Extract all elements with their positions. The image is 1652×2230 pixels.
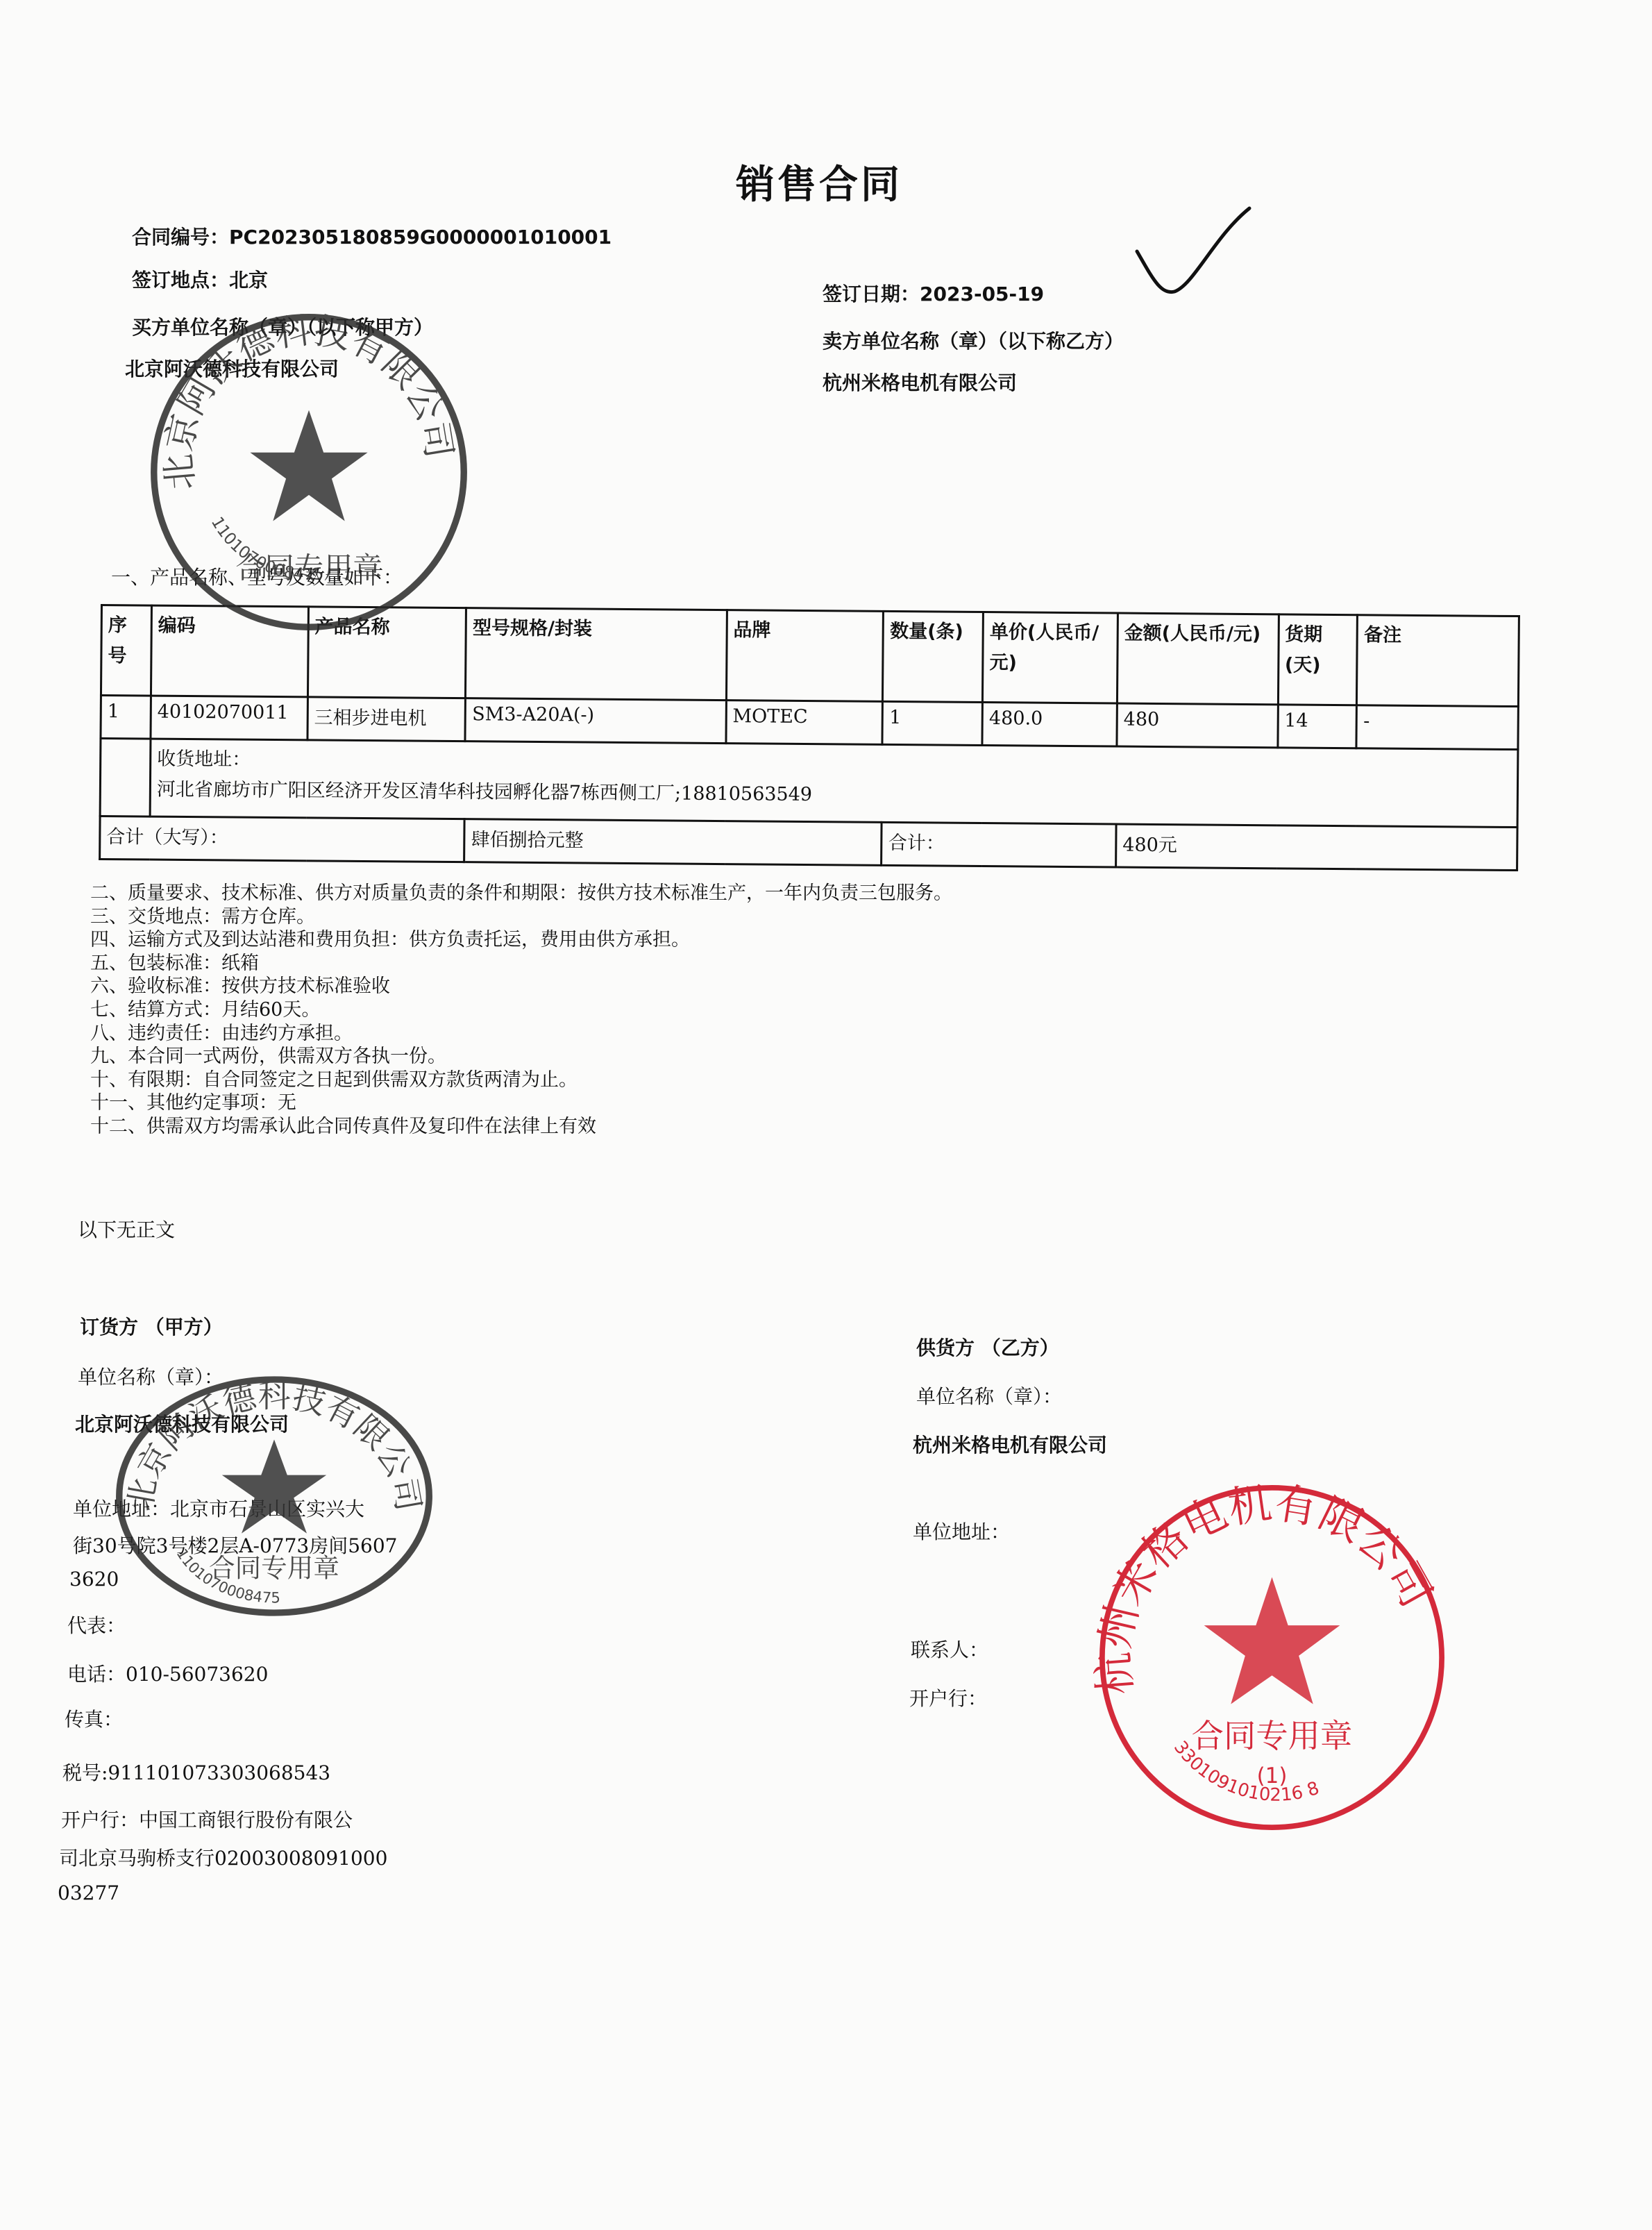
total-upper-label: 合计（大写）： (100, 816, 465, 862)
clause-5: 五、包装标准：纸箱 (90, 952, 952, 975)
cell-quantity: 1 (882, 701, 982, 745)
buyer-block-title: 订货方 （甲方） (80, 1312, 223, 1340)
contract-clauses: 二、质量要求、技术标准、供方对质量负责的条件和期限：按供方技术标准生产，一年内负… (90, 882, 952, 1139)
buyer-block-fax: 传真： (65, 1704, 123, 1732)
buyer-block-tax-id: 税号:911101073303068543 (62, 1758, 330, 1786)
cell-seq: 1 (101, 696, 151, 739)
contract-number: 合同编号：PC202305180859G0000001010001 (132, 222, 612, 250)
contract-number-label: 合同编号： (132, 226, 229, 249)
cell-amount: 480 (1117, 703, 1278, 748)
end-note: 以下无正文 (78, 1215, 175, 1243)
cell-model: SM3-A20A(-) (465, 698, 726, 744)
star-icon (1204, 1577, 1340, 1704)
cell-code: 40102070011 (151, 696, 307, 740)
clause-7: 七、结算方式：月结60天。 (90, 998, 952, 1022)
seller-block-title: 供货方 （乙方） (916, 1333, 1059, 1361)
contract-number-value: PC202305180859G0000001010001 (229, 226, 612, 249)
signing-date-value: 2023-05-19 (920, 283, 1044, 305)
buyer-block-phone: 电话：010-56073620 (67, 1659, 268, 1687)
star-icon (222, 1439, 326, 1533)
clause-6: 六、验收标准：按供方技术标准验收 (90, 975, 952, 998)
items-table: 序号 编码 产品名称 型号规格/封装 品牌 数量(条) 单价(人民币/元) 金额… (99, 604, 1520, 871)
header-quantity: 数量(条) (883, 611, 984, 702)
seller-label: 卖方单位名称（章）（以下称乙方） (823, 326, 1124, 354)
buyer-company-seal-top: 北京阿沃德科技有限公司 合同专用章 1101070008475 (146, 309, 472, 635)
signing-place-label: 签订地点： (132, 269, 229, 292)
seller-name: 杭州米格电机有限公司 (823, 368, 1017, 396)
header-remarks: 备注 (1357, 615, 1519, 707)
delivery-address-row: 收货地址： 河北省廊坊市广阳区经济开发区清华科技园孵化器7栋西侧工厂;18810… (100, 739, 1518, 828)
header-model: 型号规格/封装 (466, 608, 727, 701)
header-brand: 品牌 (726, 610, 884, 702)
total-value: 480元 (1116, 824, 1518, 871)
clause-11: 十一、其他约定事项：无 (90, 1091, 952, 1115)
total-upper-value: 肆佰捌拾元整 (464, 819, 882, 866)
signing-place: 签订地点：北京 (132, 265, 268, 293)
clause-10: 十、有限期：自合同签定之日起到供需双方款货两清为止。 (90, 1068, 952, 1092)
seller-block-address: 单位地址： (913, 1517, 1010, 1545)
signing-place-value: 北京 (229, 269, 268, 292)
star-icon (250, 410, 367, 521)
header-amount: 金额(人民币/元) (1117, 613, 1279, 705)
buyer-block-bank-2: 司北京马驹桥支行02003008091000 (59, 1843, 387, 1871)
buyer-block-bank-3: 03277 (58, 1881, 119, 1904)
clause-4: 四、运输方式及到达站港和费用负担：供方负责托运，费用由供方承担。 (90, 928, 952, 952)
seller-company-seal: 杭州米格电机有限公司 合同专用章 (1) 3301091010216 8 (1093, 1479, 1451, 1836)
seller-block-name-label: 单位名称（章）： (916, 1382, 1062, 1409)
cell-lead-time: 14 (1277, 705, 1356, 748)
seller-block-bank: 开户行： (909, 1684, 987, 1711)
document-title: 销售合同 (736, 154, 902, 210)
signing-date: 签订日期：2023-05-19 (823, 279, 1044, 307)
clause-3: 三、交货地点：需方仓库。 (90, 905, 952, 929)
clause-8: 八、违约责任：由违约方承担。 (90, 1022, 952, 1046)
cell-brand: MOTEC (726, 701, 883, 745)
buyer-block-bank-1: 开户行：中国工商银行股份有限公 (61, 1805, 353, 1833)
cell-unit-price: 480.0 (982, 702, 1117, 746)
checkmark-icon (1131, 201, 1256, 312)
total-label: 合计： (882, 822, 1116, 867)
header-unit-price: 单价(人民币/元) (983, 612, 1118, 703)
cell-remarks: - (1356, 705, 1518, 750)
signing-date-label: 签订日期： (823, 283, 920, 305)
clause-9: 九、本合同一式两份，供需双方各执一份。 (90, 1045, 952, 1068)
svg-text:1101070008475: 1101070008475 (208, 513, 325, 584)
seller-block-name: 杭州米格电机有限公司 (913, 1430, 1107, 1458)
cell-product-name: 三相步进电机 (307, 697, 466, 741)
clause-2: 二、质量要求、技术标准、供方对质量负责的条件和期限：按供方技术标准生产，一年内负… (90, 882, 952, 905)
header-seq: 序号 (101, 605, 151, 696)
svg-text:合同专用章: 合同专用章 (1192, 1717, 1353, 1754)
svg-text:合同专用章: 合同专用章 (209, 1553, 339, 1584)
clause-12: 十二、供需双方均需承认此合同传真件及复印件在法律上有效 (90, 1115, 952, 1139)
header-lead-time: 货期(天) (1278, 614, 1358, 705)
buyer-company-seal-bottom: 北京阿沃德科技有限公司 合同专用章 1101070008475 (111, 1375, 437, 1618)
seller-block-contact: 联系人： (911, 1635, 988, 1663)
